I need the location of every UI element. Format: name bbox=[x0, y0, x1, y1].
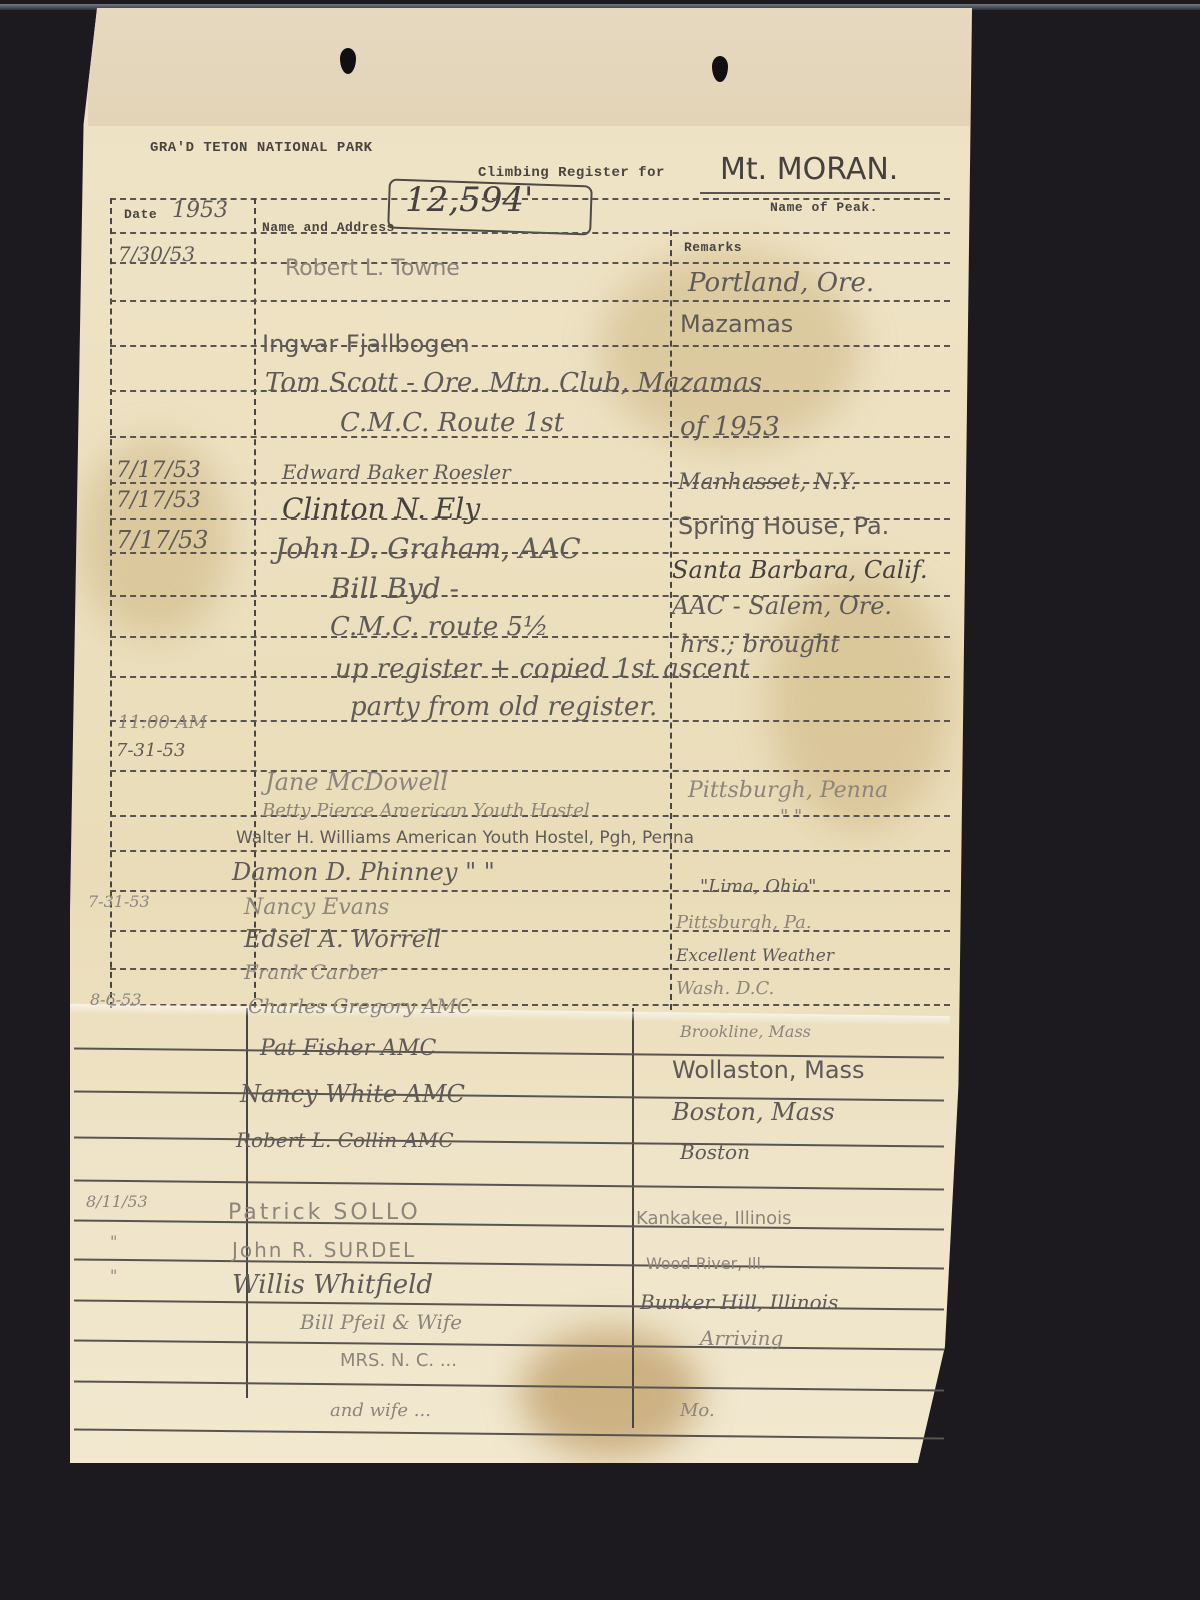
entry-name: Robert L. Collin AMC bbox=[236, 1128, 454, 1152]
entry-date: 7/17/53 bbox=[116, 458, 201, 483]
grid-line bbox=[110, 850, 950, 852]
entry-name: up register + copied 1st ascent bbox=[335, 654, 749, 684]
entry-name: Nancy Evans bbox=[244, 895, 389, 920]
entry-remarks: Excellent Weather bbox=[676, 946, 834, 966]
entry-name: Clinton N. Ely bbox=[282, 492, 480, 525]
entry-remarks: " " bbox=[780, 806, 802, 827]
column-remarks: Remarks bbox=[684, 240, 742, 255]
grid-line-date bbox=[254, 198, 256, 1008]
entry-name: John R. SURDEL bbox=[232, 1238, 416, 1262]
entry-remarks: Pittsburgh, Penna bbox=[688, 778, 888, 803]
entry-remarks: of 1953 bbox=[680, 412, 780, 442]
entry-remarks: Boston, Mass bbox=[672, 1098, 835, 1126]
entry-date: 7-31-53 bbox=[88, 892, 150, 911]
grid-line bbox=[110, 770, 950, 772]
entry-name: C.M.C. route 5½ bbox=[330, 612, 548, 642]
entry-name: Patrick SOLLO bbox=[228, 1200, 421, 1225]
entry-name: Edward Baker Roesler bbox=[282, 460, 511, 484]
altitude-value: 12,594' bbox=[405, 180, 533, 220]
grid-line bbox=[110, 232, 950, 234]
entry-remarks: Wollaston, Mass bbox=[672, 1056, 865, 1084]
entry-remarks: "Lima, Ohio" bbox=[700, 876, 816, 897]
entry-time: 11:00 AM bbox=[118, 712, 207, 733]
grid-line bbox=[110, 930, 950, 932]
entry-name: Willis Whitfield bbox=[232, 1270, 433, 1300]
entry-date: 8/11/53 bbox=[86, 1192, 148, 1211]
entry-name: Pat Fisher AMC bbox=[260, 1036, 436, 1061]
entry-name: Damon D. Phinney " " bbox=[232, 858, 495, 886]
grid-line-remarks bbox=[632, 1008, 634, 1428]
entry-name: Bill Byd - bbox=[330, 572, 459, 605]
entry-name: Nancy White AMC bbox=[240, 1080, 465, 1108]
entry-date: 7-31-53 bbox=[116, 740, 185, 761]
entry-date: 8-6-53 bbox=[90, 990, 142, 1009]
entry-name: Jane McDowell bbox=[265, 768, 448, 796]
entry-name: Charles Gregory AMC bbox=[248, 994, 472, 1018]
entry-remarks: Pittsburgh, Pa. bbox=[676, 912, 812, 933]
entry-name: John D. Graham, AAC bbox=[275, 532, 581, 565]
grid-line bbox=[110, 890, 950, 892]
grid-line bbox=[110, 300, 950, 302]
entry-name: and wife ... bbox=[330, 1400, 431, 1421]
entry-remarks: Wood River, Ill. bbox=[646, 1254, 766, 1273]
entry-name: Bill Pfeil & Wife bbox=[300, 1310, 462, 1334]
entry-name: Betty Pierce American Youth Hostel bbox=[262, 800, 590, 821]
park-name: GRA'D TETON NATIONAL PARK bbox=[150, 140, 373, 156]
binding-strip bbox=[88, 8, 970, 126]
grid-line-remarks bbox=[670, 230, 672, 1010]
entry-date: 7/17/53 bbox=[116, 488, 201, 513]
entry-name: party from old register. bbox=[350, 692, 657, 722]
entry-name: Tom Scott - Ore. Mtn. Club, Mazamas bbox=[265, 368, 762, 398]
entry-remarks: Santa Barbara, Calif. bbox=[672, 556, 928, 584]
entry-remarks: Portland, Ore. bbox=[688, 268, 874, 298]
entry-name: Robert L. Towne bbox=[285, 256, 460, 281]
register-label: Climbing Register for bbox=[478, 165, 665, 181]
entry-remarks: Mo. bbox=[680, 1400, 715, 1421]
grid-line-left bbox=[110, 198, 112, 1008]
entry-name: Frank Carber bbox=[244, 960, 382, 984]
entry-remarks: Brookline, Mass bbox=[680, 1022, 811, 1041]
entry-name: Edsel A. Worrell bbox=[244, 925, 441, 953]
entry-remarks: AAC - Salem, Ore. bbox=[672, 592, 892, 620]
entry-remarks: Kankakee, Illinois bbox=[636, 1208, 792, 1229]
entry-name: MRS. N. C. ... bbox=[340, 1350, 457, 1371]
peak-caption: Name of Peak. bbox=[770, 200, 878, 215]
entry-name: Walter H. Williams American Youth Hostel… bbox=[236, 828, 694, 848]
entry-remarks: Bunker Hill, Illinois bbox=[640, 1290, 838, 1314]
grid-line bbox=[110, 345, 950, 347]
column-date: Date bbox=[124, 207, 157, 222]
entry-remarks: Spring House, Pa. bbox=[678, 512, 889, 540]
entry-remarks: Wash. D.C. bbox=[676, 978, 774, 999]
entry-date: " bbox=[110, 1232, 117, 1251]
peak-underline bbox=[700, 192, 940, 194]
entry-date: 7/30/53 bbox=[118, 242, 195, 266]
grid-line bbox=[110, 198, 950, 200]
grid-line bbox=[110, 262, 950, 264]
entry-name: C.M.C. Route 1st bbox=[340, 408, 564, 438]
entry-remarks: Manhasset, N.Y. bbox=[678, 470, 857, 495]
entry-date: " bbox=[110, 1266, 117, 1285]
entry-remarks: Mazamas bbox=[680, 310, 793, 338]
entry-remarks: Arriving bbox=[700, 1326, 783, 1350]
column-date-year: 1953 bbox=[172, 198, 228, 223]
entry-remarks: Boston bbox=[680, 1140, 750, 1164]
entry-name: Ingvar Fjallbogen bbox=[262, 330, 470, 358]
entry-date: 7/17/53 bbox=[116, 526, 209, 554]
grid-line bbox=[110, 968, 950, 970]
peak-name: Mt. MORAN. bbox=[720, 152, 898, 187]
